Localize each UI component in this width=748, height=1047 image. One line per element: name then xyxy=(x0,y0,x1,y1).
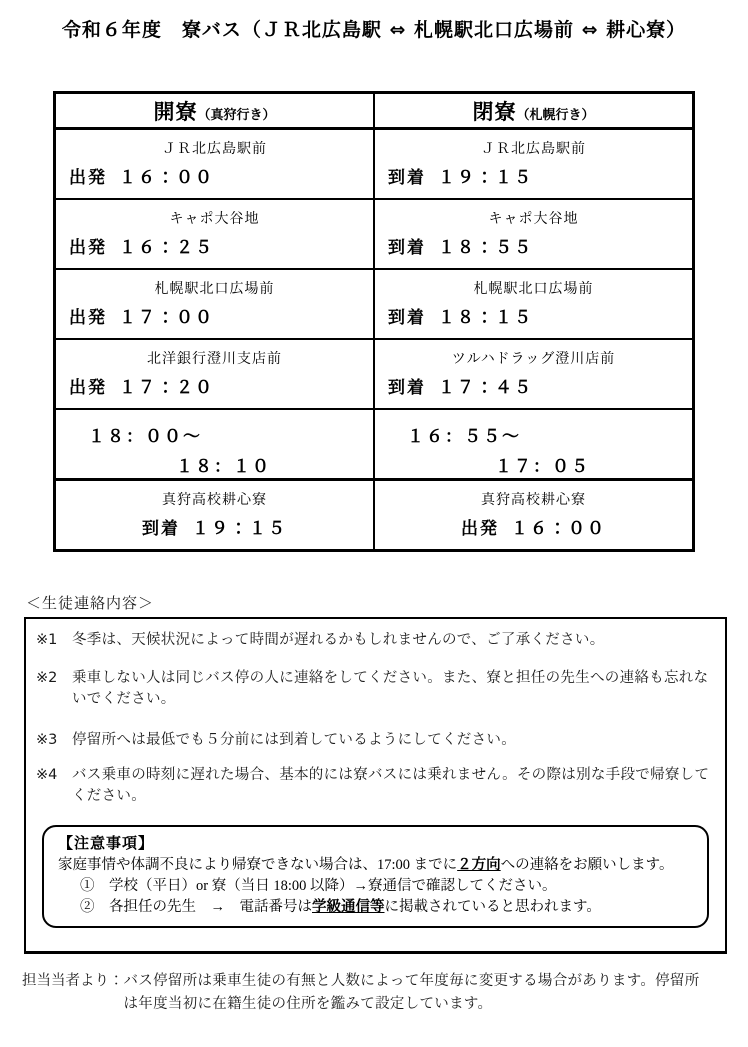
time-range-start: １６：５５～ xyxy=(375,422,692,447)
stop-name: 北洋銀行澄川支店前 xyxy=(56,348,373,368)
caution-box: 【注意事項】 家庭事情や体調不良により帰寮できない場合は、17:00 までに２方… xyxy=(42,825,709,928)
time-range-end: １７：０５ xyxy=(375,452,692,477)
caution-item2-after: に掲載されていると思われます。 xyxy=(385,899,601,915)
time-label: 出発 xyxy=(69,378,107,398)
timetable-cell: 真狩高校耕心寮 出発１６：００ xyxy=(374,480,694,551)
timetable-cell: １８：００～ １８：１０ xyxy=(55,409,375,480)
time-label: 出発 xyxy=(69,238,107,258)
stop-name: ツルハドラッグ澄川店前 xyxy=(375,348,692,368)
table-row: キャポ大谷地 出発１６：２５ キャポ大谷地 到着１８：５５ xyxy=(55,199,694,269)
staff-remark-text: バス停留所は乗車生徒の有無と人数によって年度毎に変更する場合があります。停留所は… xyxy=(124,970,702,1016)
bus-timetable: 開寮（真狩行き） 閉寮（札幌行き） ＪＲ北広島駅前 出発１６：００ ＪＲ北広島駅… xyxy=(53,91,695,552)
column-header-return: 閉寮（札幌行き） xyxy=(374,93,694,129)
timetable-cell: キャポ大谷地 出発１６：２５ xyxy=(55,199,375,269)
time-label: 到着 xyxy=(388,378,426,398)
table-row: 札幌駅北口広場前 出発１７：００ 札幌駅北口広場前 到着１８：１５ xyxy=(55,269,694,339)
time-value: １８：５５ xyxy=(438,238,533,258)
caution-heading: 【注意事項】 xyxy=(58,832,693,853)
time-value: １７：４５ xyxy=(438,378,533,398)
table-row: ＪＲ北広島駅前 出発１６：００ ＪＲ北広島駅前 到着１９：１５ xyxy=(55,129,694,200)
timetable-cell: １６：５５～ １７：０５ xyxy=(374,409,694,480)
caution-item2-emphasis: 学級通信等 xyxy=(312,899,385,915)
time-label: 出発 xyxy=(461,519,499,539)
time-label: 出発 xyxy=(69,308,107,328)
column-subtitle: （真狩行き） xyxy=(197,108,275,123)
time-line: 到着１７：４５ xyxy=(375,373,692,398)
time-value: １９：１５ xyxy=(438,168,533,188)
caution-intro-after: への連絡をお願いします。 xyxy=(501,857,674,873)
timetable-cell: 北洋銀行澄川支店前 出発１７：２０ xyxy=(55,339,375,409)
timetable-cell: 真狩高校耕心寮 到着１９：１５ xyxy=(55,480,375,551)
time-value: １７：００ xyxy=(119,308,214,328)
timetable-cell: ＪＲ北広島駅前 到着１９：１５ xyxy=(374,129,694,200)
note-number: ※2 xyxy=(34,668,72,710)
notes-section-heading: ＜生徒連絡内容＞ xyxy=(26,592,154,613)
stop-name: キャポ大谷地 xyxy=(56,208,373,228)
timetable-cell: ツルハドラッグ澄川店前 到着１７：４５ xyxy=(374,339,694,409)
time-value: １８：１５ xyxy=(438,308,533,328)
note-item: ※1 冬季は、天候状況によって時間が遅れるかもしれませんので、ご了承ください。 xyxy=(34,630,717,651)
time-value: １６：２５ xyxy=(119,238,214,258)
stop-name: 札幌駅北口広場前 xyxy=(56,278,373,298)
column-title: 閉寮 xyxy=(472,100,516,124)
caution-intro: 家庭事情や体調不良により帰寮できない場合は、17:00 までに２方向への連絡をお… xyxy=(58,854,693,876)
stop-name: ＪＲ北広島駅前 xyxy=(375,138,692,158)
time-line: 到着１９：１５ xyxy=(56,514,373,539)
time-range-start: １８：００～ xyxy=(56,422,373,447)
note-number: ※3 xyxy=(34,730,72,751)
time-label: 到着 xyxy=(388,168,426,188)
document-page: { "page_title": "令和６年度 寮バス（ＪＲ北広島駅 ⇔ 札幌駅北… xyxy=(0,0,748,1047)
timetable-cell: ＪＲ北広島駅前 出発１６：００ xyxy=(55,129,375,200)
timetable-cell: キャポ大谷地 到着１８：５５ xyxy=(374,199,694,269)
stop-name: 真狩高校耕心寮 xyxy=(56,489,373,509)
table-row: 北洋銀行澄川支店前 出発１７：２０ ツルハドラッグ澄川店前 到着１７：４５ xyxy=(55,339,694,409)
time-value: １６：００ xyxy=(119,168,214,188)
table-row-time-range: １８：００～ １８：１０ １６：５５～ １７：０５ xyxy=(55,409,694,480)
time-label: 到着 xyxy=(142,519,180,539)
stop-name: キャポ大谷地 xyxy=(375,208,692,228)
note-item: ※4 バス乗車の時刻に遅れた場合、基本的には寮バスには乗れません。その際は別な手… xyxy=(34,765,717,807)
page-title: 令和６年度 寮バス（ＪＲ北広島駅 ⇔ 札幌駅北口広場前 ⇔ 耕心寮） xyxy=(0,15,748,42)
time-line: 到着１８：１５ xyxy=(375,303,692,328)
note-text: 冬季は、天候状況によって時間が遅れるかもしれませんので、ご了承ください。 xyxy=(72,630,717,651)
column-header-outbound: 開寮（真狩行き） xyxy=(55,93,375,129)
timetable-header-row: 開寮（真狩行き） 閉寮（札幌行き） xyxy=(55,93,694,129)
staff-remark-label: 担当当者より： xyxy=(22,970,124,1016)
time-range-end: １８：１０ xyxy=(56,452,373,477)
caution-item-2: ② 各担任の先生 → 電話番号は学級通信等に掲載されていると思われます。 xyxy=(58,897,693,918)
time-value: １９：１５ xyxy=(192,519,287,539)
timetable-cell: 札幌駅北口広場前 出発１７：００ xyxy=(55,269,375,339)
time-label: 出発 xyxy=(69,168,107,188)
time-label: 到着 xyxy=(388,238,426,258)
time-line: 到着１９：１５ xyxy=(375,163,692,188)
note-text: バス乗車の時刻に遅れた場合、基本的には寮バスには乗れません。その際は別な手段で帰… xyxy=(72,765,717,807)
caution-intro-before: 家庭事情や体調不良により帰寮できない場合は、17:00 までに xyxy=(58,857,457,873)
staff-remark: 担当当者より： バス停留所は乗車生徒の有無と人数によって年度毎に変更する場合があ… xyxy=(22,970,734,1016)
time-line: 出発１７：２０ xyxy=(56,373,373,398)
caution-item2-before: ② 各担任の先生 → 電話番号は xyxy=(80,899,312,915)
note-number: ※1 xyxy=(34,630,72,651)
note-item: ※3 停留所へは最低でも５分前には到着しているようにしてください。 xyxy=(34,730,717,751)
timetable-cell: 札幌駅北口広場前 到着１８：１５ xyxy=(374,269,694,339)
stop-name: 真狩高校耕心寮 xyxy=(375,489,692,509)
time-line: 出発１６：２５ xyxy=(56,233,373,258)
stop-name: 札幌駅北口広場前 xyxy=(375,278,692,298)
time-line: 出発１６：００ xyxy=(56,163,373,188)
student-notes-box: ※1 冬季は、天候状況によって時間が遅れるかもしれませんので、ご了承ください。 … xyxy=(24,617,727,954)
table-row-final: 真狩高校耕心寮 到着１９：１５ 真狩高校耕心寮 出発１６：００ xyxy=(55,480,694,551)
column-subtitle: （札幌行き） xyxy=(516,108,594,123)
note-text: 乗車しない人は同じバス停の人に連絡をしてください。また、寮と担任の先生への連絡も… xyxy=(72,668,717,710)
time-value: １７：２０ xyxy=(119,378,214,398)
time-value: １６：００ xyxy=(511,519,606,539)
time-line: 出発１７：００ xyxy=(56,303,373,328)
note-item: ※2 乗車しない人は同じバス停の人に連絡をしてください。また、寮と担任の先生への… xyxy=(34,668,717,710)
note-number: ※4 xyxy=(34,765,72,807)
caution-intro-emphasis: ２方向 xyxy=(457,857,501,873)
column-title: 開寮 xyxy=(153,100,197,124)
note-text: 停留所へは最低でも５分前には到着しているようにしてください。 xyxy=(72,730,717,751)
caution-item-1: ① 学校（平日）or 寮（当日 18:00 以降）→寮通信で確認してください。 xyxy=(58,876,693,897)
stop-name: ＪＲ北広島駅前 xyxy=(56,138,373,158)
time-line: 到着１８：５５ xyxy=(375,233,692,258)
time-line: 出発１６：００ xyxy=(375,514,692,539)
time-label: 到着 xyxy=(388,308,426,328)
